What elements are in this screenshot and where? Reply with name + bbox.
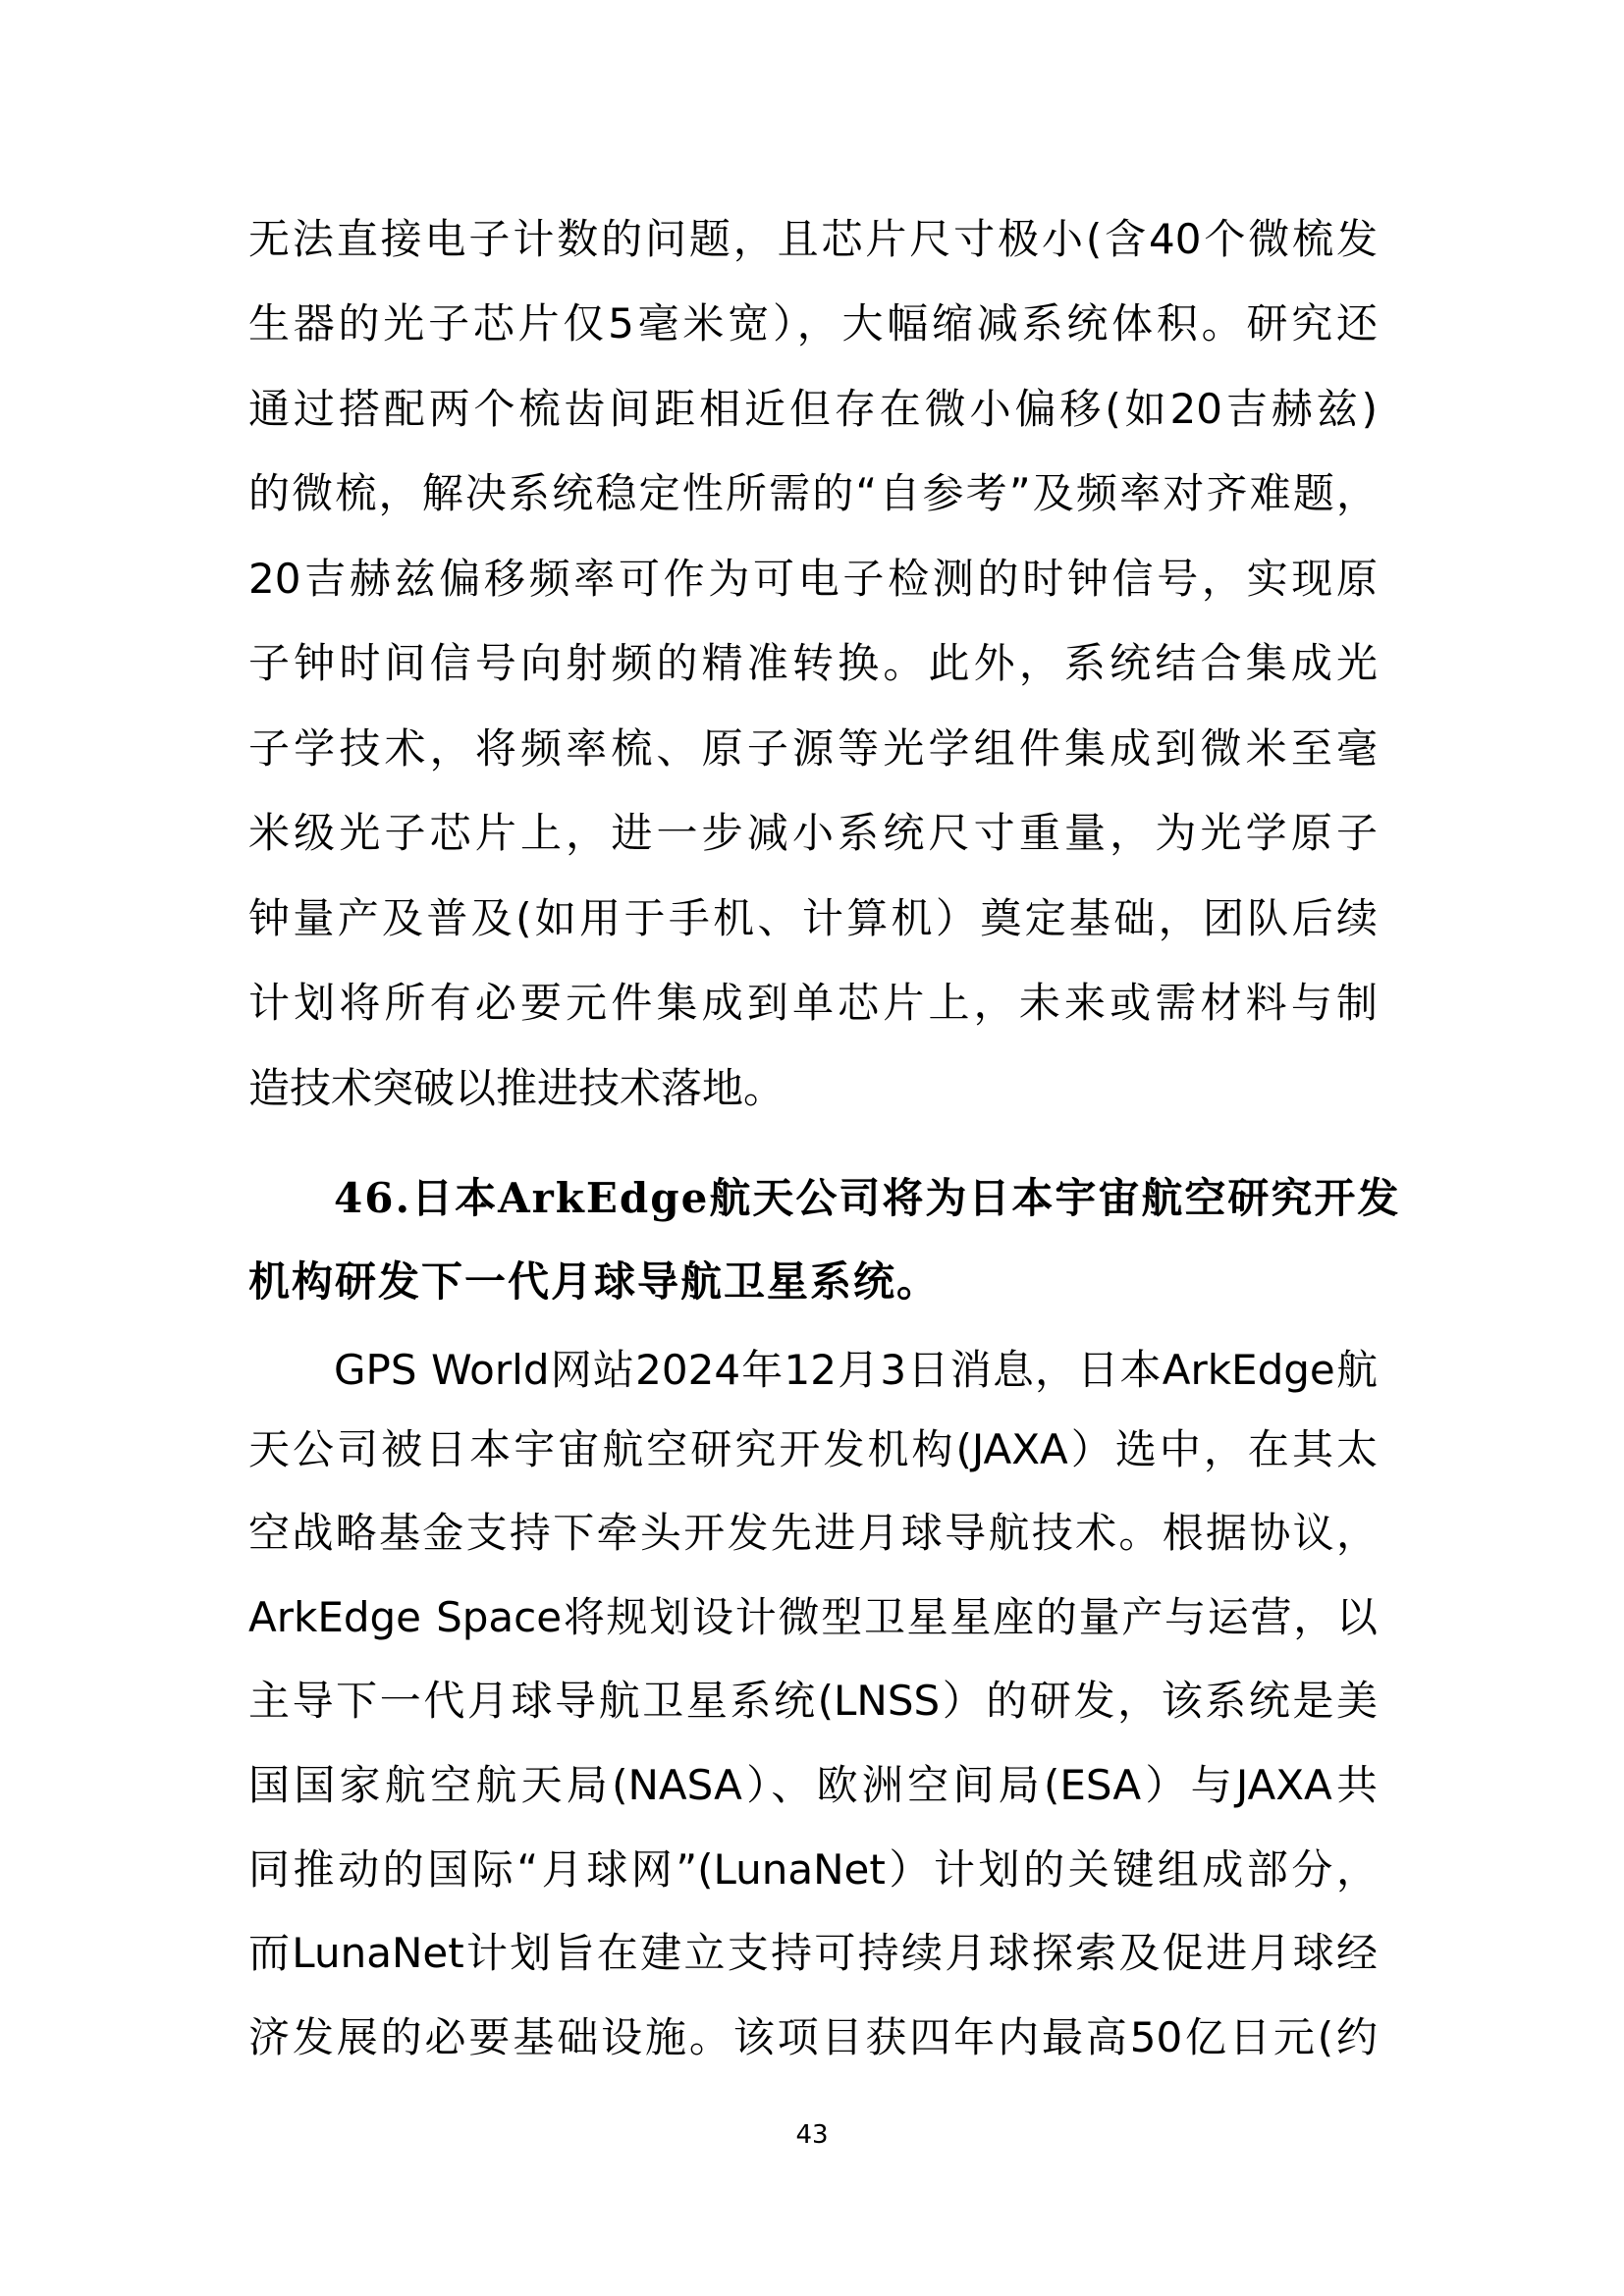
heading-line: 46.日本ArkEdge航天公司将为日本宇宙航空研究开发 — [334, 1174, 1378, 1223]
text-line: 计划将所有必要元件集成到单芯片上，未来或需材料与制 — [248, 979, 1378, 1028]
text-line: 主导下一代月球导航卫星系统(LNSS）的研发，该系统是美 — [248, 1677, 1378, 1726]
text-line: 国国家航空航天局(NASA）、欧洲空间局(ESA）与JAXA共 — [248, 1761, 1378, 1810]
text-line: 通过搭配两个梳齿间距相近但存在微小偏移(如20吉赫兹) — [248, 385, 1378, 434]
text-line: 天公司被日本宇宙航空研究开发机构(JAXA）选中，在其太 — [248, 1425, 1378, 1474]
document-page: 无法直接电子计数的问题，且芯片尺寸极小(含40个微梳发 生器的光子芯片仅5毫米宽… — [0, 0, 1624, 2296]
text-line: ArkEdge Space将规划设计微型卫星星座的量产与运营，以 — [248, 1593, 1378, 1642]
text-line: 米级光子芯片上，进一步减小系统尺寸重量，为光学原子 — [248, 809, 1378, 858]
text-line: 20吉赫兹偏移频率可作为可电子检测的时钟信号，实现原 — [248, 555, 1378, 604]
text-line: 空战略基金支持下牵头开发先进月球导航技术。根据协议， — [248, 1509, 1378, 1558]
text-line: 生器的光子芯片仅5毫米宽），大幅缩减系统体积。研究还 — [248, 299, 1378, 348]
text-line: 无法直接电子计数的问题，且芯片尺寸极小(含40个微梳发 — [248, 215, 1378, 264]
text-line: 子钟时间信号向射频的精准转换。此外，系统结合集成光 — [248, 639, 1378, 688]
text-line: GPS World网站2024年12月3日消息，日本ArkEdge航 — [334, 1346, 1378, 1395]
text-line: 的微梳，解决系统稳定性所需的“自参考”及频率对齐难题， — [248, 469, 1378, 518]
text-line: 钟量产及普及(如用于手机、计算机）奠定基础，团队后续 — [248, 894, 1378, 943]
text-line: 同推动的国际“月球网”(LunaNet）计划的关键组成部分， — [248, 1845, 1378, 1895]
text-line: 而LunaNet计划旨在建立支持可持续月球探索及促进月球经 — [248, 1929, 1378, 1978]
text-line: 子学技术，将频率梳、原子源等光学组件集成到微米至毫 — [248, 724, 1378, 774]
text-line: 济发展的必要基础设施。该项目获四年内最高50亿日元(约 — [248, 2013, 1378, 2062]
text-line: 造技术突破以推进技术落地。 — [248, 1064, 1378, 1113]
heading-line: 机构研发下一代月球导航卫星系统。 — [248, 1257, 1378, 1307]
page-number: 43 — [0, 2120, 1624, 2150]
